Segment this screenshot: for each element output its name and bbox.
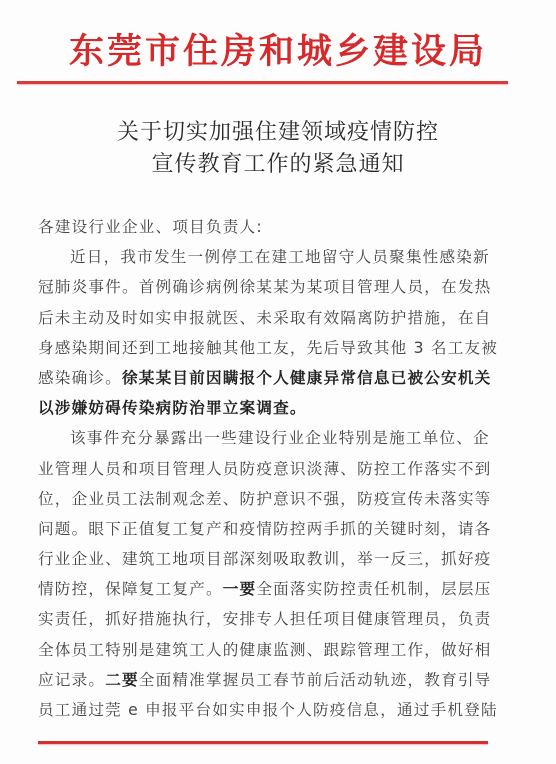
body-line-bold: 一要	[223, 580, 257, 598]
salutation: 各建设行业企业、项目负责人:	[38, 212, 518, 242]
body-line: 业管理人员和项目管理人员防疫意识淡薄、防控工作落实不到	[38, 454, 518, 484]
document-title: 关于切实加强住建领域疫情防控 宣传教育工作的紧急通知	[0, 117, 556, 181]
body-line: 员工通过莞 e 申报平台如实申报个人防疫信息，通过手机登陆	[38, 695, 518, 725]
body-line-normal: 应记录。	[38, 671, 105, 689]
body-line: 问题。眼下正值复工复产和疫情防控两手抓的关键时刻，请各	[38, 514, 518, 544]
body-line: 行业企业、建筑工地项目部深刻吸取教训，举一反三，抓好疫	[38, 544, 518, 574]
body-line-bold: 徐某某目前因瞒报个人健康异常信息已被公安机关	[122, 369, 491, 387]
body-line-normal: 感染确诊。	[38, 369, 122, 387]
body-line: 后未主动及时如实申报就医、未采取有效隔离防护措施，在自	[38, 303, 518, 333]
body-line-normal: 全面精准掌握员工春节前后活动轨迹，教育引导	[139, 671, 492, 689]
issuing-authority-masthead: 东莞市住房和城乡建设局	[0, 30, 556, 74]
body-line: 近日，我市发生一例停工在建工地留守人员聚集性感染新	[38, 242, 518, 272]
body-line: 位，企业员工法制观念差、防护意识不强，防疫宣传未落实等	[38, 484, 518, 514]
body-line: 实责任，抓好措施执行，安排专人担任项目健康管理员，负责	[38, 604, 518, 634]
body-line-normal: 情防控，保障复工复产。	[38, 580, 223, 598]
body-line: 情防控，保障复工复产。一要全面落实防控责任机制，层层压	[38, 574, 518, 604]
document-body: 各建设行业企业、项目负责人: 近日，我市发生一例停工在建工地留守人员聚集性感染新…	[38, 212, 518, 725]
body-line: 全体员工特别是建筑工人的健康监测、跟踪管理工作，做好相	[38, 635, 518, 665]
title-line-2: 宣传教育工作的紧急通知	[0, 149, 556, 181]
footer-red-rule	[38, 741, 488, 744]
body-line: 冠肺炎事件。首例确诊病例徐某某为某项目管理人员，在发热	[38, 272, 518, 302]
body-line-normal: 全面落实防控责任机制，层层压	[256, 580, 491, 598]
body-line: 应记录。二要全面精准掌握员工春节前后活动轨迹，教育引导	[38, 665, 518, 695]
body-line-bold: 以涉嫌妨碍传染病防治罪立案调查。	[38, 393, 518, 423]
body-line-bold: 二要	[105, 671, 139, 689]
body-line: 感染确诊。徐某某目前因瞒报个人健康异常信息已被公安机关	[38, 363, 518, 393]
title-line-1: 关于切实加强住建领域疫情防控	[0, 117, 556, 149]
body-line: 该事件充分暴露出一些建设行业企业特别是施工单位、企	[38, 423, 518, 453]
body-line: 身感染期间还到工地接触其他工友，先后导致其他 3 名工友被	[38, 333, 518, 363]
masthead-red-rule	[17, 81, 508, 84]
